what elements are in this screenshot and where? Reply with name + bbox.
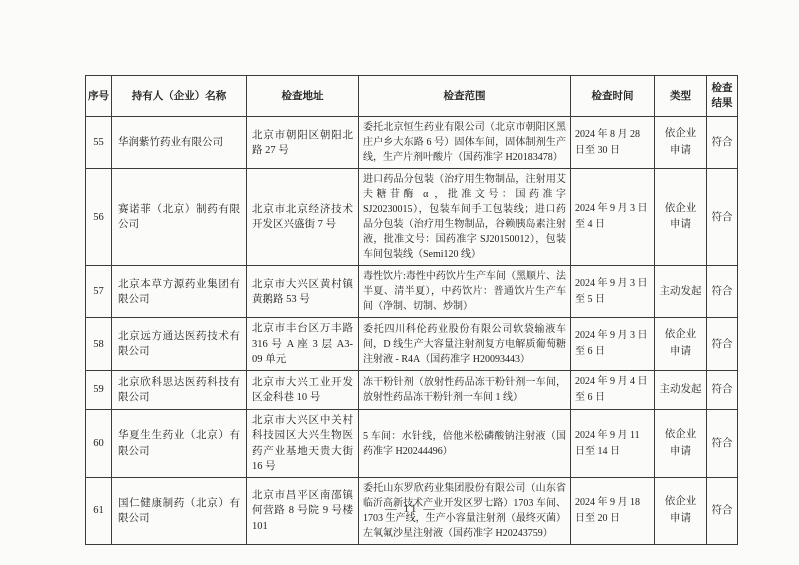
- cell-serial-no: 59: [86, 371, 112, 410]
- cell-inspection-result: 符合: [707, 410, 738, 478]
- cell-inspection-address: 北京市大兴区中关村科技园区大兴生物医药产业基地天贵大街 16 号: [247, 410, 359, 478]
- cell-inspection-address: 北京市朝阳区朝阳北路 27 号: [247, 117, 359, 169]
- table-row-58: 58 北京远方通达医药技术有限公司 北京市丰台区万丰路 316 号 A 座 3 …: [86, 318, 738, 371]
- cell-type: 依企业 申请: [655, 169, 707, 266]
- header-row: 序号 持有人（企业）名称 检查地址 检查范围 检查时间 类型 检查结果: [86, 76, 738, 117]
- cell-type: 主动发起: [655, 371, 707, 410]
- cell-inspection-result: 符合: [707, 318, 738, 371]
- cell-serial-no: 57: [86, 266, 112, 318]
- cell-inspection-result: 符合: [707, 266, 738, 318]
- cell-holder-name: 赛诺菲（北京）制药有限公司: [112, 169, 247, 266]
- page-number: — 11 —: [85, 503, 737, 515]
- document-page: 序号 持有人（企业）名称 检查地址 检查范围 检查时间 类型 检查结果 55 华…: [0, 0, 799, 565]
- col-header-inspection-scope: 检查范围: [359, 76, 571, 117]
- cell-type: 依企业 申请: [655, 117, 707, 169]
- cell-type: 主动发起: [655, 266, 707, 318]
- cell-holder-name: 华润紫竹药业有限公司: [112, 117, 247, 169]
- cell-inspection-time: 2024 年 9 月 3 日至 6 日: [571, 318, 655, 371]
- cell-inspection-time: 2024 年 9 月 3 日至 4 日: [571, 169, 655, 266]
- cell-inspection-scope: 冻干粉针剂（放射性药品冻干粉针剂一车间，放射性药品冻干粉针剂一车间 1 线）: [359, 371, 571, 410]
- cell-serial-no: 58: [86, 318, 112, 371]
- cell-inspection-address: 北京市丰台区万丰路 316 号 A 座 3 层 A3-09 单元: [247, 318, 359, 371]
- cell-serial-no: 56: [86, 169, 112, 266]
- col-header-holder-name: 持有人（企业）名称: [112, 76, 247, 117]
- col-header-inspection-time: 检查时间: [571, 76, 655, 117]
- cell-serial-no: 55: [86, 117, 112, 169]
- cell-inspection-scope: 毒性饮片:毒性中药饮片生产车间（黑顺片、法半夏、清半夏），中药饮片：普通饮片生产…: [359, 266, 571, 318]
- cell-inspection-time: 2024 年 9 月 4 日至 6 日: [571, 371, 655, 410]
- cell-inspection-time: 2024 年 8 月 28 日至 30 日: [571, 117, 655, 169]
- cell-inspection-scope: 进口药品分包装（治疗用生物制品，注射用艾夫糖苷酶 α ，批准文号：国药准字 SJ…: [359, 169, 571, 266]
- table-row-57: 57 北京本草方源药业集团有限公司 北京市大兴区黄村镇黄鹅路 53 号 毒性饮片…: [86, 266, 738, 318]
- table-row-60: 60 华夏生生药业（北京）有限公司 北京市大兴区中关村科技园区大兴生物医药产业基…: [86, 410, 738, 478]
- cell-holder-name: 北京本草方源药业集团有限公司: [112, 266, 247, 318]
- cell-inspection-result: 符合: [707, 169, 738, 266]
- table-row-59: 59 北京欣科思达医药科技有限公司 北京市大兴工业开发区金科巷 10 号 冻干粉…: [86, 371, 738, 410]
- table-row-56: 56 赛诺菲（北京）制药有限公司 北京市北京经济技术开发区兴盛街 7 号 进口药…: [86, 169, 738, 266]
- cell-inspection-time: 2024 年 9 月 3 日至 5 日: [571, 266, 655, 318]
- table-body: 55 华润紫竹药业有限公司 北京市朝阳区朝阳北路 27 号 委托北京恒生药业有限…: [86, 117, 738, 545]
- cell-inspection-address: 北京市北京经济技术开发区兴盛街 7 号: [247, 169, 359, 266]
- cell-inspection-result: 符合: [707, 371, 738, 410]
- cell-type: 依企业 申请: [655, 410, 707, 478]
- cell-inspection-scope: 5 车间：水针线，倍他米松磷酸钠注射液（国药准字 H20244496）: [359, 410, 571, 478]
- cell-holder-name: 华夏生生药业（北京）有限公司: [112, 410, 247, 478]
- cell-inspection-scope: 委托四川科伦药业股份有限公司软袋输液车间，D 线生产大容量注射剂复方电解质葡萄糖…: [359, 318, 571, 371]
- col-header-serial-no: 序号: [86, 76, 112, 117]
- cell-inspection-address: 北京市大兴区黄村镇黄鹅路 53 号: [247, 266, 359, 318]
- cell-inspection-address: 北京市大兴工业开发区金科巷 10 号: [247, 371, 359, 410]
- col-header-inspection-address: 检查地址: [247, 76, 359, 117]
- table-header: 序号 持有人（企业）名称 检查地址 检查范围 检查时间 类型 检查结果: [86, 76, 738, 117]
- cell-inspection-time: 2024 年 9 月 11 日至 14 日: [571, 410, 655, 478]
- cell-inspection-result: 符合: [707, 117, 738, 169]
- cell-holder-name: 北京远方通达医药技术有限公司: [112, 318, 247, 371]
- inspection-results-table: 序号 持有人（企业）名称 检查地址 检查范围 检查时间 类型 检查结果 55 华…: [85, 75, 738, 545]
- col-header-type: 类型: [655, 76, 707, 117]
- cell-serial-no: 60: [86, 410, 112, 478]
- col-header-inspection-result: 检查结果: [707, 76, 738, 117]
- cell-inspection-scope: 委托北京恒生药业有限公司（北京市朝阳区黑庄户乡大东路 6 号）固体车间，固体制剂…: [359, 117, 571, 169]
- cell-type: 依企业 申请: [655, 318, 707, 371]
- cell-holder-name: 北京欣科思达医药科技有限公司: [112, 371, 247, 410]
- table-row-55: 55 华润紫竹药业有限公司 北京市朝阳区朝阳北路 27 号 委托北京恒生药业有限…: [86, 117, 738, 169]
